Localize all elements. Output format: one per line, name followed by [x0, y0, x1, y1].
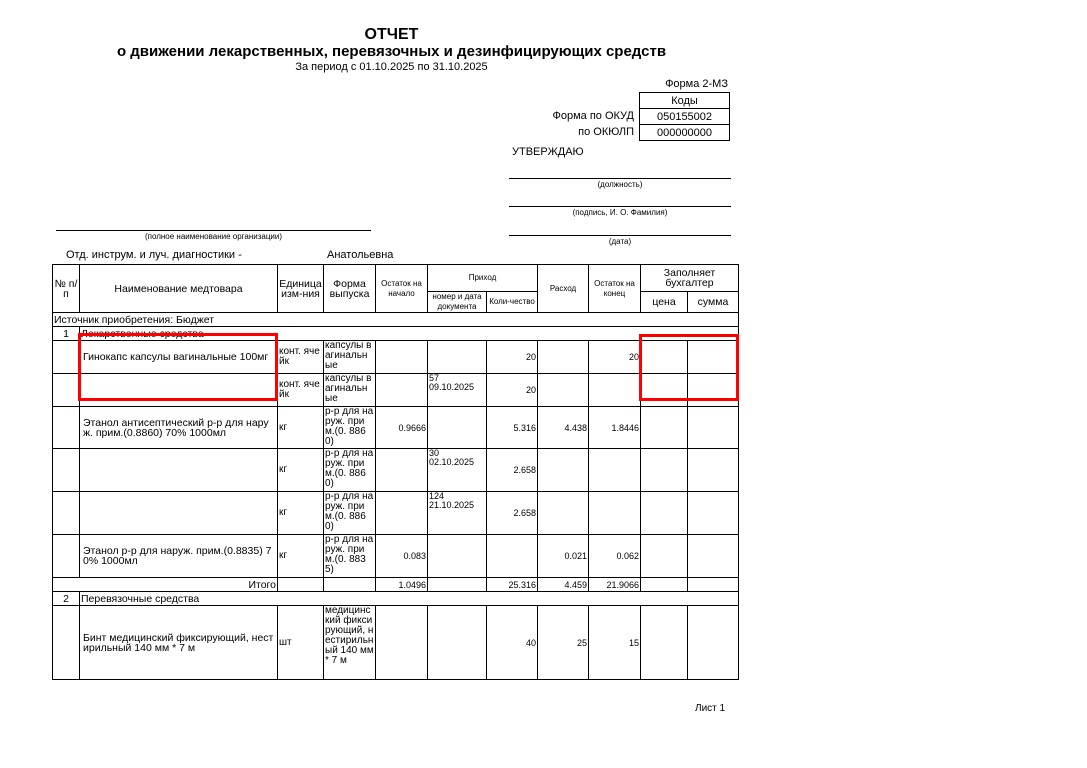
total-expense: 4.459 — [538, 578, 589, 592]
row-num — [53, 407, 80, 449]
date-line — [509, 235, 731, 236]
income-document — [428, 341, 487, 374]
col-num-header: № п/п — [53, 265, 80, 313]
codes-header: Коды — [640, 93, 730, 109]
table-row: кгр-р для наруж. прим.(0. 8860)124 21.10… — [53, 492, 739, 535]
accountant-price — [641, 492, 688, 535]
accountant-sum — [688, 449, 739, 492]
item-expense — [538, 492, 589, 535]
accountant-sum — [688, 374, 739, 407]
total-row: Итого1.049625.3164.45921.9066 — [53, 578, 739, 592]
table-row: Этанол р-р для наруж. прим.(0.8835) 70% … — [53, 535, 739, 578]
col-income-doc-header: номер и дата документа — [428, 292, 487, 313]
item-form: р-р для наруж. прим.(0. 8835) — [324, 535, 376, 578]
item-name: Бинт медицинский фиксирующий, нестирильн… — [80, 606, 278, 680]
col-end-header: Остаток на конец — [589, 265, 641, 313]
okud-label: Форма по ОКУД — [553, 110, 635, 122]
col-start-header: Остаток на начало — [376, 265, 428, 313]
col-form-header: Форма выпуска — [324, 265, 376, 313]
codes-table: Коды 050155002 000000000 — [639, 92, 730, 141]
groups-body: 1Лекарственные средстваГинокапс капсулы … — [53, 327, 739, 680]
item-unit: кг — [278, 492, 324, 535]
table-row: Этанол антисептический р-р для наруж. пр… — [53, 407, 739, 449]
total-label: Итого — [53, 578, 278, 592]
item-end: 1.8446 — [589, 407, 641, 449]
accountant-sum — [688, 492, 739, 535]
income-quantity: 2.658 — [487, 449, 538, 492]
item-start: 0.083 — [376, 535, 428, 578]
signature-caption: (подпись, И. О. Фамилия) — [509, 208, 731, 217]
table-row: Гинокапс капсулы вагинальные 100мгконт. … — [53, 341, 739, 374]
group-number: 2 — [53, 592, 80, 606]
col-income-header: Приход — [428, 265, 538, 292]
income-document: 124 21.10.2025 — [428, 492, 487, 535]
item-expense: 0.021 — [538, 535, 589, 578]
item-name — [80, 449, 278, 492]
item-unit: кг — [278, 535, 324, 578]
income-document: 57 09.10.2025 — [428, 374, 487, 407]
responsible-person: Анатольевна — [327, 249, 393, 261]
income-quantity: 5.316 — [487, 407, 538, 449]
item-start: 0.9666 — [376, 407, 428, 449]
total-start: 1.0496 — [376, 578, 428, 592]
item-form: медицинский фиксирующий, нестирильный 14… — [324, 606, 376, 680]
table-row: конт. ячейккапсулы вагинальные57 09.10.2… — [53, 374, 739, 407]
total-sum — [688, 578, 739, 592]
total-form — [324, 578, 376, 592]
item-form: р-р для наруж. прим.(0. 8860) — [324, 407, 376, 449]
signature-line — [509, 206, 731, 207]
accountant-price — [641, 449, 688, 492]
accountant-price — [641, 374, 688, 407]
department-name: Отд. инструм. и луч. диагностики - — [66, 249, 242, 261]
col-name-header: Наименование медтовара — [80, 265, 278, 313]
row-num — [53, 374, 80, 407]
item-form: р-р для наруж. прим.(0. 8860) — [324, 449, 376, 492]
row-num — [53, 449, 80, 492]
accountant-sum — [688, 407, 739, 449]
report-subtitle: о движении лекарственных, перевязочных и… — [0, 43, 783, 60]
income-document: 30 02.10.2025 — [428, 449, 487, 492]
item-end — [589, 449, 641, 492]
item-name — [80, 492, 278, 535]
item-unit: конт. ячейк — [278, 341, 324, 374]
col-sum-header: сумма — [688, 292, 739, 313]
col-unit-header: Единица изм-ния — [278, 265, 324, 313]
item-unit: конт. ячейк — [278, 374, 324, 407]
item-expense — [538, 449, 589, 492]
report-title: ОТЧЕТ — [0, 26, 783, 44]
item-expense: 25 — [538, 606, 589, 680]
table-row: Бинт медицинский фиксирующий, нестирильн… — [53, 606, 739, 680]
item-form: капсулы вагинальные — [324, 374, 376, 407]
total-end: 21.9066 — [589, 578, 641, 592]
funding-source: Источник приобретения: Бюджет — [53, 313, 739, 327]
table-row: кгр-р для наруж. прим.(0. 8860)30 02.10.… — [53, 449, 739, 492]
item-end: 15 — [589, 606, 641, 680]
total-quantity: 25.316 — [487, 578, 538, 592]
okyulp-label: по ОКЮЛП — [578, 126, 634, 138]
form-name: Форма 2-МЗ — [665, 78, 728, 90]
okyulp-value: 000000000 — [640, 125, 730, 141]
approve-label: УТВЕРЖДАЮ — [512, 146, 584, 158]
group-number: 1 — [53, 327, 80, 341]
item-name — [80, 374, 278, 407]
okud-value: 050155002 — [640, 109, 730, 125]
item-start — [376, 341, 428, 374]
col-income-qty-header: Коли-чество — [487, 292, 538, 313]
item-unit: кг — [278, 449, 324, 492]
income-quantity — [487, 535, 538, 578]
accountant-price — [641, 535, 688, 578]
item-start — [376, 449, 428, 492]
report-period: За период с 01.10.2025 по 31.10.2025 — [0, 61, 783, 73]
item-end — [589, 374, 641, 407]
income-quantity: 20 — [487, 374, 538, 407]
report-table: № п/п Наименование медтовара Единица изм… — [52, 264, 739, 680]
group-row: 1Лекарственные средства — [53, 327, 739, 341]
group-row: 2Перевязочные средства — [53, 592, 739, 606]
total-unit — [278, 578, 324, 592]
item-name: Этанол р-р для наруж. прим.(0.8835) 70% … — [80, 535, 278, 578]
income-document — [428, 606, 487, 680]
item-start — [376, 492, 428, 535]
accountant-sum — [688, 535, 739, 578]
organization-caption: (полное наименование организации) — [56, 232, 371, 241]
row-num — [53, 606, 80, 680]
income-quantity: 20 — [487, 341, 538, 374]
income-quantity: 2.658 — [487, 492, 538, 535]
group-name: Лекарственные средства — [80, 327, 739, 341]
item-expense — [538, 374, 589, 407]
row-num — [53, 535, 80, 578]
col-price-header: цена — [641, 292, 688, 313]
item-expense: 4.438 — [538, 407, 589, 449]
organization-line — [56, 230, 371, 231]
row-num — [53, 341, 80, 374]
item-end: 20 — [589, 341, 641, 374]
income-document — [428, 535, 487, 578]
total-price — [641, 578, 688, 592]
accountant-price — [641, 407, 688, 449]
item-name: Гинокапс капсулы вагинальные 100мг — [80, 341, 278, 374]
item-unit: кг — [278, 407, 324, 449]
item-form: р-р для наруж. прим.(0. 8860) — [324, 492, 376, 535]
group-name: Перевязочные средства — [80, 592, 739, 606]
income-document — [428, 407, 487, 449]
accountant-price — [641, 606, 688, 680]
item-form: капсулы вагинальные — [324, 341, 376, 374]
item-end: 0.062 — [589, 535, 641, 578]
accountant-sum — [688, 606, 739, 680]
income-quantity: 40 — [487, 606, 538, 680]
item-unit: шт — [278, 606, 324, 680]
col-expense-header: Расход — [538, 265, 589, 313]
position-line — [509, 178, 731, 179]
row-num — [53, 492, 80, 535]
item-start — [376, 606, 428, 680]
sheet-number: Лист 1 — [695, 703, 725, 714]
accountant-price — [641, 341, 688, 374]
item-end — [589, 492, 641, 535]
total-doc — [428, 578, 487, 592]
item-expense — [538, 341, 589, 374]
item-name: Этанол антисептический р-р для наруж. пр… — [80, 407, 278, 449]
date-caption: (дата) — [509, 237, 731, 246]
item-start — [376, 374, 428, 407]
accountant-sum — [688, 341, 739, 374]
position-caption: (должность) — [509, 180, 731, 189]
col-accountant-header: Заполняет бухгалтер — [641, 265, 739, 292]
